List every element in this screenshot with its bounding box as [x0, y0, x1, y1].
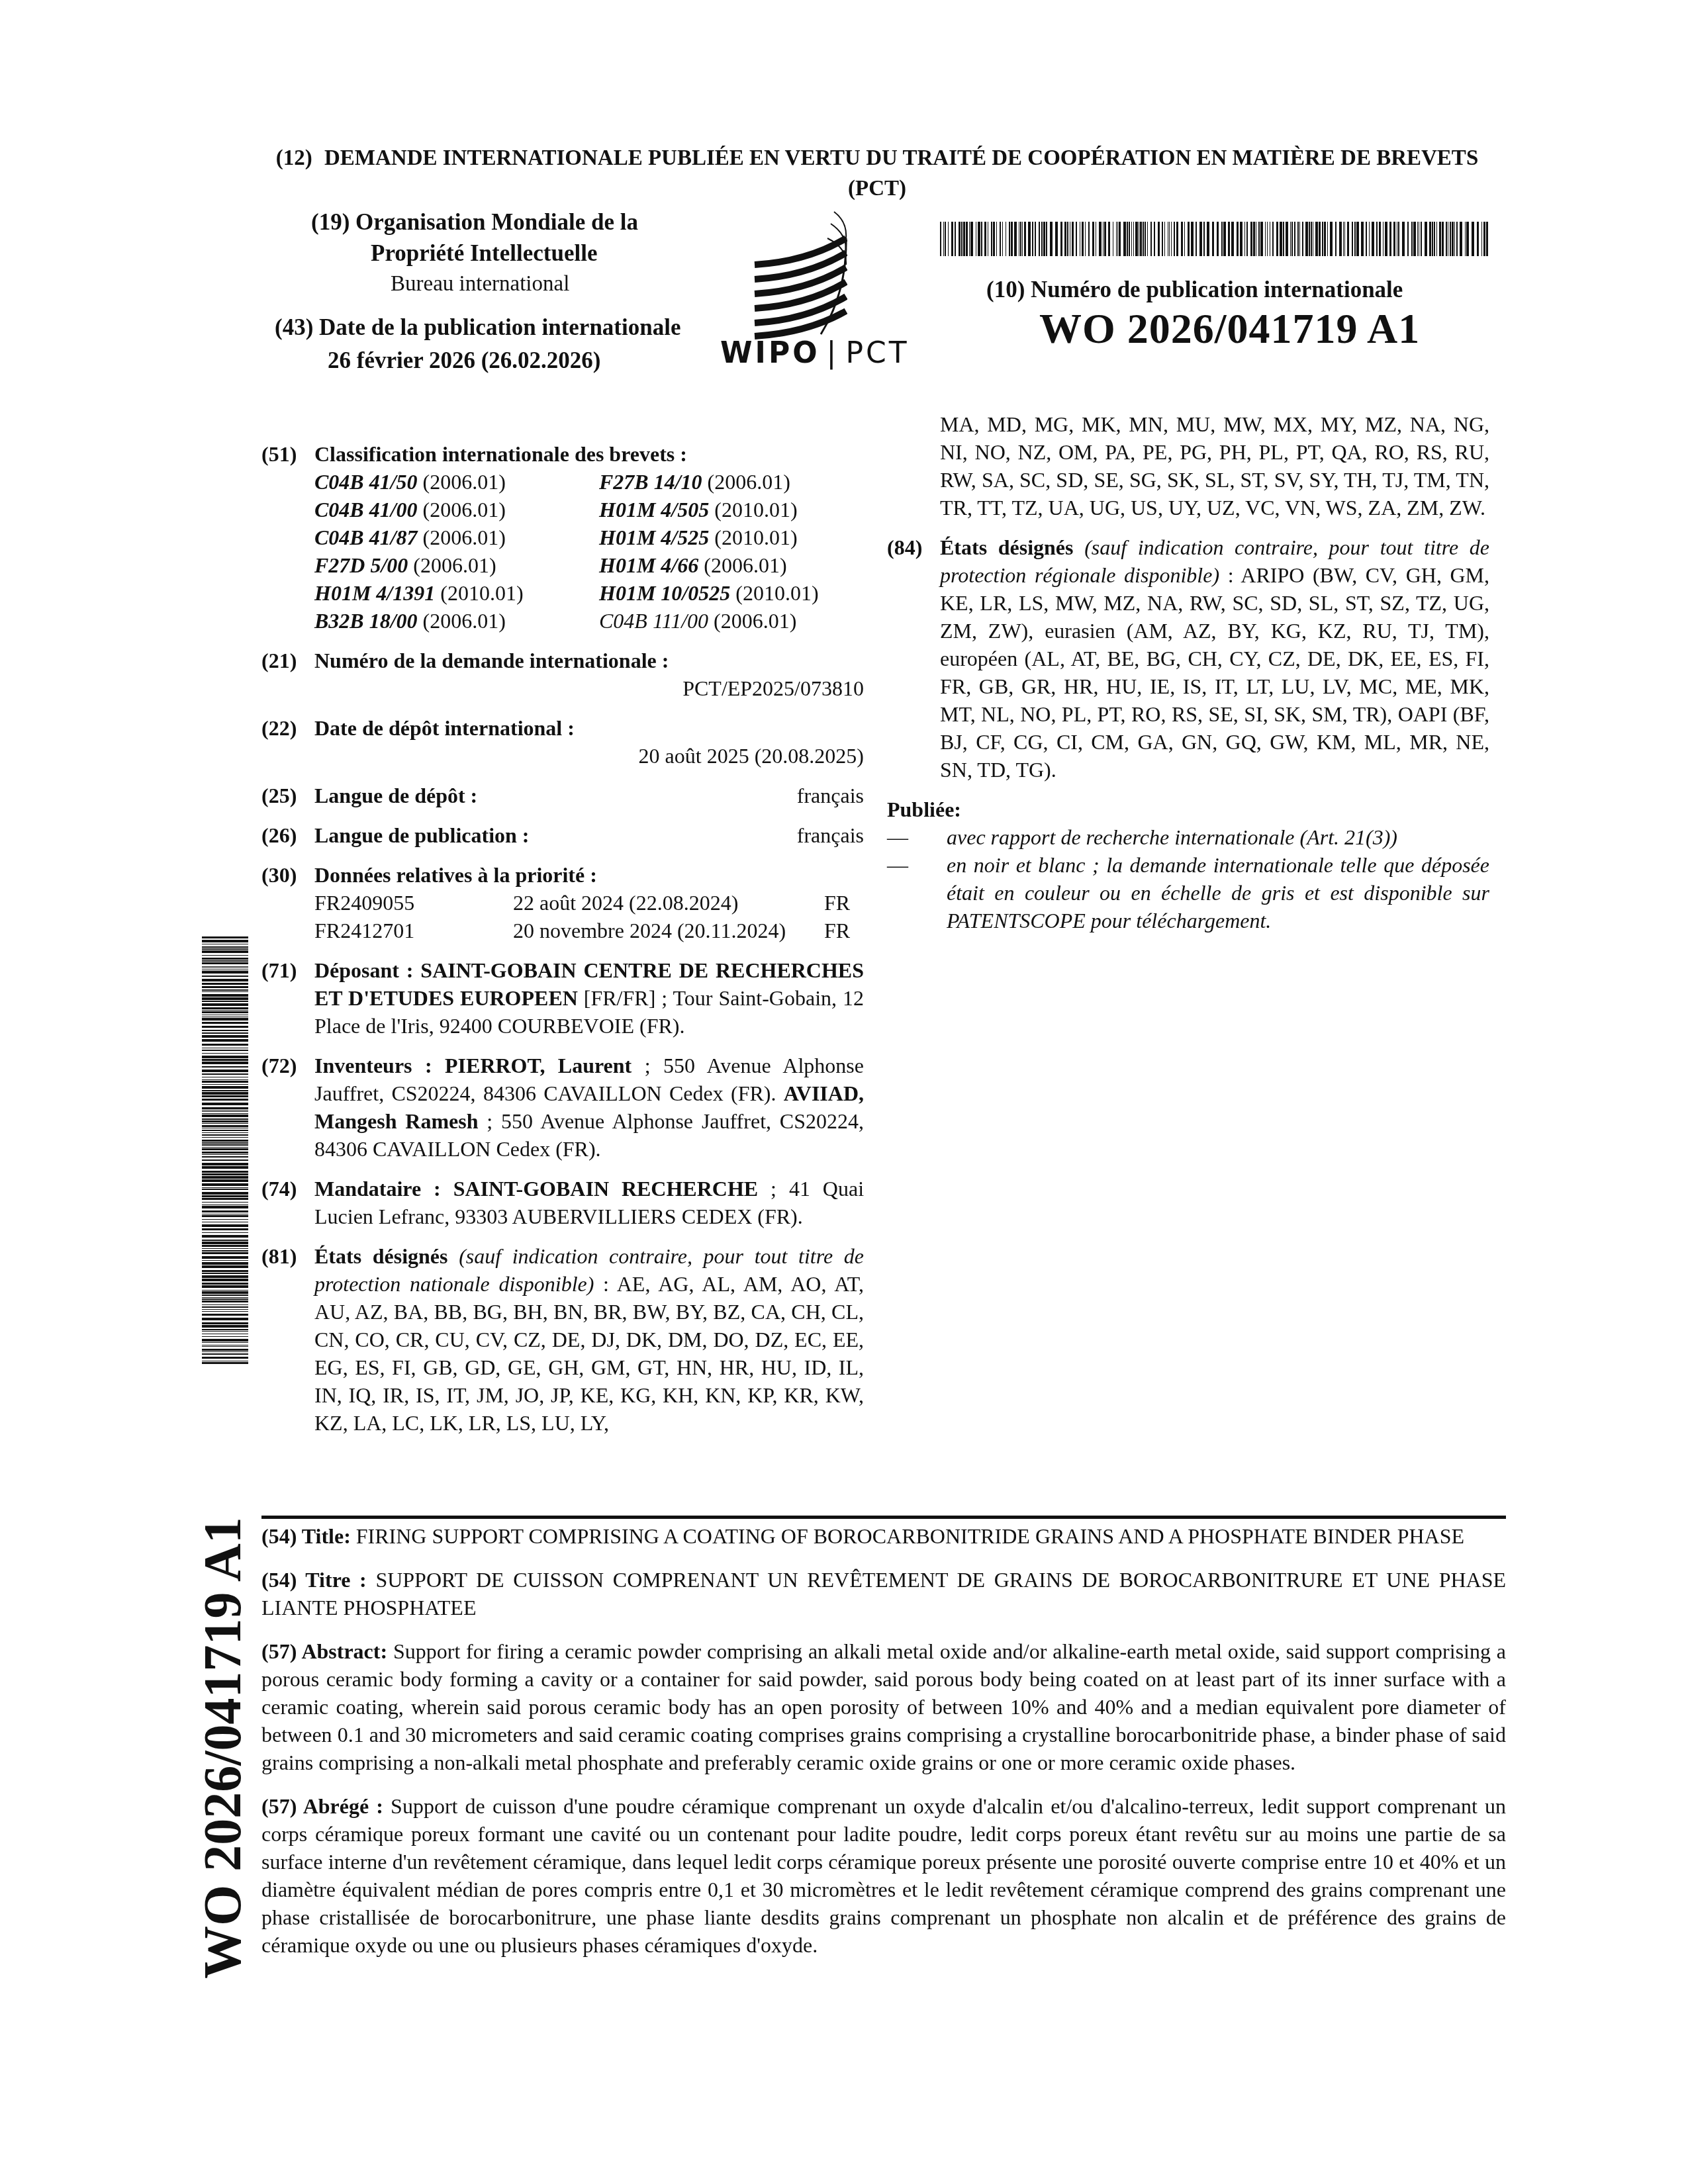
designated-states-national-cont: MA, MD, MG, MK, MN, MU, MW, MX, MY, MZ, …: [887, 410, 1489, 522]
vertical-publication-number: WO 2026/041719 A1: [187, 1396, 266, 1992]
field-74: (74) Mandataire : SAINT-GOBAIN RECHERCHE…: [261, 1175, 864, 1230]
bibliographic-left-column: (51) Classification internationale des b…: [261, 440, 864, 1449]
publication-date-block: (43) Date de la publication internationa…: [275, 311, 738, 377]
published-item: — en noir et blanc ; la demande internat…: [887, 851, 1489, 934]
title-en: (54) Title: FIRING SUPPORT COMPRISING A …: [261, 1522, 1506, 1550]
abstract-fr: (57) Abrégé : Support de cuisson d'une p…: [261, 1792, 1506, 1959]
filing-language: français: [797, 782, 864, 809]
classification-entry: H01M 4/525 (2010.01): [599, 523, 877, 551]
field-51: (51) Classification internationale des b…: [261, 440, 864, 635]
titles-and-abstracts: (54) Title: FIRING SUPPORT COMPRISING A …: [261, 1522, 1506, 1975]
agent-name: SAINT-GOBAIN RECHERCHE: [453, 1177, 759, 1201]
publication-number: WO 2026/041719 A1: [1039, 304, 1420, 353]
field-81: (81) États désignés (sauf indication con…: [261, 1242, 864, 1437]
classification-entry: H01M 4/66 (2006.01): [599, 551, 877, 579]
field-22: (22) Date de dépôt international : 20 ao…: [261, 714, 864, 770]
field-30: (30) Données relatives à la priorité : F…: [261, 861, 864, 944]
published-label: Publiée:: [887, 796, 1489, 823]
title-fr: (54) Titre : SUPPORT DE CUISSON COMPRENA…: [261, 1566, 1506, 1621]
field-25: (25) Langue de dépôt : français: [261, 782, 864, 809]
organisation-block: (19) Organisation Mondiale de la Proprié…: [311, 206, 708, 300]
vertical-barcode-icon: [202, 936, 248, 1367]
classification-entry: F27B 14/10 (2006.01): [599, 468, 877, 496]
priority-row: FR2412701 20 novembre 2024 (20.11.2024) …: [314, 917, 864, 944]
field-code-10: (10): [986, 277, 1025, 302]
field-26: (26) Langue de publication : français: [261, 821, 864, 849]
barcode-icon: [940, 222, 1489, 256]
classification-entry: B32B 18/00 (2006.01): [314, 607, 599, 635]
field-code-12: (12): [276, 146, 312, 170]
field-code-43: (43): [275, 314, 313, 340]
field-84: (84) États désignés (sauf indication con…: [887, 533, 1489, 784]
classification-list: C04B 41/50 (2006.01)F27B 14/10 (2006.01)…: [314, 468, 877, 635]
wordmark-separator: |: [827, 336, 839, 370]
classification-entry: F27D 5/00 (2006.01): [314, 551, 599, 579]
classification-label: Classification internationale des brevet…: [314, 440, 877, 468]
bibliographic-right-column: MA, MD, MG, MK, MN, MU, MW, MX, MY, MZ, …: [887, 410, 1489, 934]
publication-number-label-row: (10) Numéro de publication international…: [986, 277, 1403, 303]
publication-number-label: Numéro de publication internationale: [1031, 277, 1403, 302]
field-71: (71) Déposant : SAINT-GOBAIN CENTRE DE R…: [261, 956, 864, 1040]
org-bureau: Bureau international: [311, 269, 708, 300]
classification-entry: C04B 41/50 (2006.01): [314, 468, 599, 496]
classification-entry: H01M 10/0525 (2010.01): [599, 579, 877, 607]
wipo-logo-icon: [748, 199, 847, 344]
org-name-line1: Organisation Mondiale de la: [355, 209, 638, 235]
filing-date: 20 août 2025 (20.08.2025): [314, 742, 864, 770]
document-type-title: DEMANDE INTERNATIONALE PUBLIÉE EN VERTU …: [324, 146, 1478, 201]
publication-language: français: [797, 821, 864, 849]
publication-date-label: Date de la publication internationale: [319, 314, 680, 340]
field-72: (72) Inventeurs : PIERROT, Laurent ; 550…: [261, 1052, 864, 1163]
application-number: PCT/EP2025/073810: [314, 674, 864, 702]
field-code-19: (19): [311, 209, 350, 235]
designated-states-regional: : ARIPO (BW, CV, GH, GM, KE, LR, LS, MW,…: [940, 563, 1489, 782]
section-divider: [261, 1516, 1506, 1519]
publication-date-value: 26 février 2026 (26.02.2026): [275, 344, 738, 377]
wipo-text: WIPO: [720, 336, 820, 370]
wipo-pct-wordmark: WIPO|PCT: [720, 336, 910, 370]
classification-entry: C04B 41/00 (2006.01): [314, 496, 599, 523]
classification-entry: C04B 111/00 (2006.01): [599, 607, 877, 635]
classification-entry: H01M 4/1391 (2010.01): [314, 579, 599, 607]
priority-row: FR2409055 22 août 2024 (22.08.2024) FR: [314, 889, 864, 917]
pct-text: PCT: [845, 336, 909, 370]
org-name-line2: Propriété Intellectuelle: [311, 238, 708, 269]
document-type-heading: (12) DEMANDE INTERNATIONALE PUBLIÉE EN V…: [265, 143, 1489, 204]
classification-entry: H01M 4/505 (2010.01): [599, 496, 877, 523]
abstract-en: (57) Abstract: Support for firing a cera…: [261, 1637, 1506, 1776]
published-item: — avec rapport de recherche internationa…: [887, 823, 1489, 851]
inventor-name: PIERROT, Laurent: [445, 1054, 632, 1077]
field-21: (21) Numéro de la demande internationale…: [261, 647, 864, 702]
designated-states-national: : AE, AG, AL, AM, AO, AT, AU, AZ, BA, BB…: [314, 1272, 864, 1435]
classification-entry: C04B 41/87 (2006.01): [314, 523, 599, 551]
